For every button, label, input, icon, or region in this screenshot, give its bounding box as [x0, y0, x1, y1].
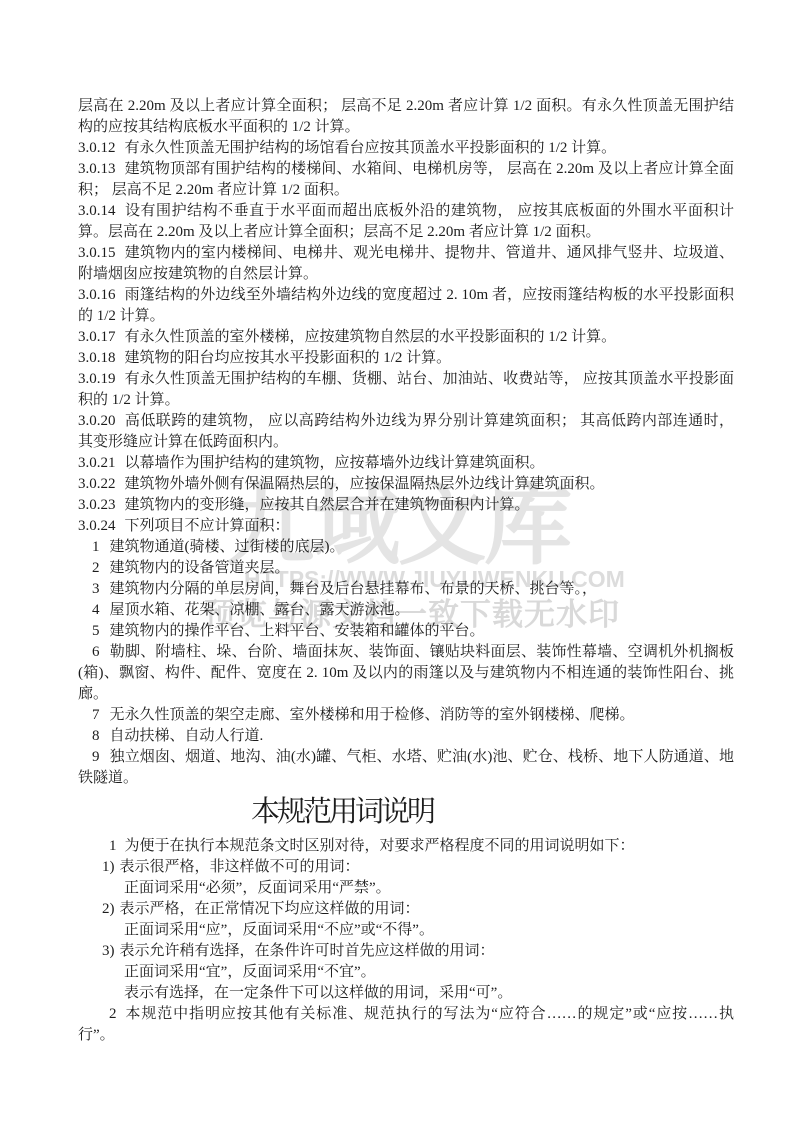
clause-number: 3.0.21	[78, 455, 116, 471]
clause-3-0-12: 3.0.12有永久性顶盖无围护结构的场馆看台应按其顶盖水平投影面积的 1/2 计…	[78, 138, 734, 159]
clause-3-0-21: 3.0.21以幕墙作为围护结构的建筑物，应按幕墙外边线计算建筑面积。	[78, 453, 734, 474]
clause-text: 有永久性顶盖的室外楼梯，应按建筑物自然层的水平投影面积的 1/2 计算。	[125, 329, 617, 345]
item-text: 无永久性顶盖的架空走廊、室外楼梯和用于检修、消防等的室外钢楼梯、爬梯。	[110, 707, 635, 723]
item-text: 建筑物内的操作平台、上料平台、安装箱和罐体的平台。	[110, 623, 485, 639]
clause-text: 下列项目不应计算面积：	[125, 518, 290, 534]
clause-3-0-24: 3.0.24下列项目不应计算面积：	[78, 516, 734, 537]
excluded-item-3: 3建筑物内分隔的单层房间，舞台及后台悬挂幕布、布景的天桥、挑台等。，	[78, 579, 734, 600]
clause-text: 建筑物内的变形缝，应按其自然层合并在建筑物面积内计算。	[125, 497, 530, 513]
item-number: 3	[92, 581, 100, 597]
page-content: 层高在 2.20m 及以上者应计算全面积； 层高不足 2.20m 者应计算 1/…	[78, 96, 734, 1046]
clause-3-0-23: 3.0.23建筑物内的变形缝，应按其自然层合并在建筑物面积内计算。	[78, 495, 734, 516]
clause-text: 有永久性顶盖无围护结构的场馆看台应按其顶盖水平投影面积的 1/2 计算。	[125, 140, 617, 156]
term-def-2-detail: 正面词采用“应”，反面词采用“不应”或“不得”。	[78, 920, 734, 941]
item-text: 建筑物通道(骑楼、过街楼的底层)。	[110, 539, 345, 555]
clause-3-0-19: 3.0.19有永久性顶盖无围护结构的车棚、货棚、站台、加油站、收费站等， 应按其…	[78, 369, 734, 411]
item-text: 建筑物内的设备管道夹层。	[110, 560, 290, 576]
clause-text: 设有围护结构不垂直于水平面而超出底板外沿的建筑物， 应按其底板面的外围水平面积计…	[78, 203, 734, 240]
def-head-text: 表示很严格，非这样做不可的用词：	[120, 859, 360, 875]
item-text: 勒脚、附墙柱、垛、台阶、墙面抹灰、装饰面、镶贴块料面层、装饰性幕墙、空调机外机搁…	[78, 644, 734, 702]
item-number: 5	[92, 623, 100, 639]
term-def-3-head: 3)表示允许稍有选择，在条件许可时首先应这样做的用词：	[78, 941, 734, 962]
term-def-1-head: 1)表示很严格，非这样做不可的用词：	[78, 857, 734, 878]
excluded-item-4: 4屋顶水箱、花架、凉棚、露台、露天游泳池。	[78, 600, 734, 621]
clause-text: 雨篷结构的外边线至外墙结构外边线的宽度超过 2. 10m 者，应按雨篷结构板的水…	[78, 287, 734, 324]
excluded-item-7: 7无永久性顶盖的架空走廊、室外楼梯和用于检修、消防等的室外钢楼梯、爬梯。	[78, 705, 734, 726]
item-number: 2	[92, 560, 100, 576]
paragraph-continuation: 层高在 2.20m 及以上者应计算全面积； 层高不足 2.20m 者应计算 1/…	[78, 96, 734, 138]
clause-3-0-15: 3.0.15建筑物内的室内楼梯间、电梯井、观光电梯井、提物井、管道井、通风排气竖…	[78, 243, 734, 285]
def-label: 3)	[102, 943, 115, 959]
section-title: 本规范用词说明	[14, 796, 670, 828]
clause-text: 建筑物内的室内楼梯间、电梯井、观光电梯井、提物井、管道井、通风排气竖井、垃圾道、…	[78, 245, 734, 282]
terms-paragraph-2: 2本规范中指明应按其他有关标准、规范执行的写法为“应符合……的规定”或“应按………	[78, 1004, 734, 1046]
term-def-3-extra: 表示有选择，在一定条件下可以这样做的用词，采用“可”。	[78, 983, 734, 1004]
excluded-item-2: 2建筑物内的设备管道夹层。	[78, 558, 734, 579]
item-number: 6	[92, 644, 100, 660]
clause-number: 3.0.20	[78, 413, 116, 429]
clause-number: 3.0.24	[78, 518, 116, 534]
clause-number: 3.0.17	[78, 329, 116, 345]
paragraph-text: 本规范中指明应按其他有关标准、规范执行的写法为“应符合……的规定”或“应按……执…	[78, 1006, 734, 1043]
def-head-text: 表示严格，在正常情况下均应这样做的用词：	[120, 901, 420, 917]
excluded-item-5: 5建筑物内的操作平台、上料平台、安装箱和罐体的平台。	[78, 621, 734, 642]
item-number: 9	[92, 749, 100, 765]
clause-number: 3.0.13	[78, 161, 116, 177]
clause-text: 以幕墙作为围护结构的建筑物，应按幕墙外边线计算建筑面积。	[125, 455, 545, 471]
excluded-item-1: 1建筑物通道(骑楼、过街楼的底层)。	[78, 537, 734, 558]
clause-text: 高低联跨的建筑物， 应以高跨结构外边线为界分别计算建筑面积； 其高低跨内部连通时…	[78, 413, 734, 450]
clause-number: 3.0.19	[78, 371, 116, 387]
item-number: 1	[92, 539, 100, 555]
term-def-1-detail: 正面词采用“必须”，反面词采用“严禁”。	[78, 878, 734, 899]
def-head-text: 表示允许稍有选择，在条件许可时首先应这样做的用词：	[120, 943, 495, 959]
excluded-item-6: 6勒脚、附墙柱、垛、台阶、墙面抹灰、装饰面、镶贴块料面层、装饰性幕墙、空调机外机…	[78, 642, 734, 705]
clause-number: 3.0.16	[78, 287, 116, 303]
paragraph-number: 2	[109, 1006, 117, 1022]
clause-3-0-16: 3.0.16雨篷结构的外边线至外墙结构外边线的宽度超过 2. 10m 者，应按雨…	[78, 285, 734, 327]
clause-3-0-20: 3.0.20高低联跨的建筑物， 应以高跨结构外边线为界分别计算建筑面积； 其高低…	[78, 411, 734, 453]
clause-3-0-22: 3.0.22建筑物外墙外侧有保温隔热层的，应按保温隔热层外边线计算建筑面积。	[78, 474, 734, 495]
item-text: 屋顶水箱、花架、凉棚、露台、露天游泳池。	[110, 602, 410, 618]
clause-number: 3.0.23	[78, 497, 116, 513]
clause-3-0-18: 3.0.18建筑物的阳台均应按其水平投影面积的 1/2 计算。	[78, 348, 734, 369]
item-number: 8	[92, 728, 100, 744]
excluded-item-8: 8自动扶梯、自动人行道.	[78, 726, 734, 747]
clause-number: 3.0.14	[78, 203, 116, 219]
def-label: 2)	[102, 901, 115, 917]
clause-number: 3.0.15	[78, 245, 116, 261]
term-def-3-detail: 正面词采用“宜”，反面词采用“不宜”。	[78, 962, 734, 983]
clause-number: 3.0.22	[78, 476, 116, 492]
clause-text: 建筑物顶部有围护结构的楼梯间、水箱间、电梯机房等， 层高在 2.20m 及以上者…	[78, 161, 734, 198]
def-label: 1)	[102, 859, 115, 875]
clause-3-0-13: 3.0.13建筑物顶部有围护结构的楼梯间、水箱间、电梯机房等， 层高在 2.20…	[78, 159, 734, 201]
item-text: 自动扶梯、自动人行道.	[110, 728, 264, 744]
excluded-item-9: 9独立烟囱、烟道、地沟、油(水)罐、气柜、水塔、贮油(水)池、贮仓、栈桥、地下人…	[78, 747, 734, 789]
item-text: 独立烟囱、烟道、地沟、油(水)罐、气柜、水塔、贮油(水)池、贮仓、栈桥、地下人防…	[78, 749, 734, 786]
clause-text: 建筑物外墙外侧有保温隔热层的，应按保温隔热层外边线计算建筑面积。	[125, 476, 605, 492]
item-text: 建筑物内分隔的单层房间，舞台及后台悬挂幕布、布景的天桥、挑台等。，	[110, 581, 598, 597]
terms-paragraph-1: 1为便于在执行本规范条文时区别对待，对要求严格程度不同的用词说明如下：	[78, 836, 734, 857]
clause-text: 有永久性顶盖无围护结构的车棚、货棚、站台、加油站、收费站等， 应按其顶盖水平投影…	[78, 371, 734, 408]
clause-3-0-17: 3.0.17有永久性顶盖的室外楼梯，应按建筑物自然层的水平投影面积的 1/2 计…	[78, 327, 734, 348]
item-number: 4	[92, 602, 100, 618]
item-number: 7	[92, 707, 100, 723]
paragraph-text: 为便于在执行本规范条文时区别对待，对要求严格程度不同的用词说明如下：	[125, 838, 635, 854]
clause-number: 3.0.18	[78, 350, 116, 366]
paragraph-number: 1	[109, 838, 117, 854]
clause-3-0-14: 3.0.14设有围护结构不垂直于水平面而超出底板外沿的建筑物， 应按其底板面的外…	[78, 201, 734, 243]
clause-text: 建筑物的阳台均应按其水平投影面积的 1/2 计算。	[125, 350, 452, 366]
document-page: 九域文库 HTTPS://WWW.JIUYUWENKU.COM 预览与源文档一致…	[0, 0, 793, 1122]
clause-number: 3.0.12	[78, 140, 116, 156]
term-def-2-head: 2)表示严格，在正常情况下均应这样做的用词：	[78, 899, 734, 920]
